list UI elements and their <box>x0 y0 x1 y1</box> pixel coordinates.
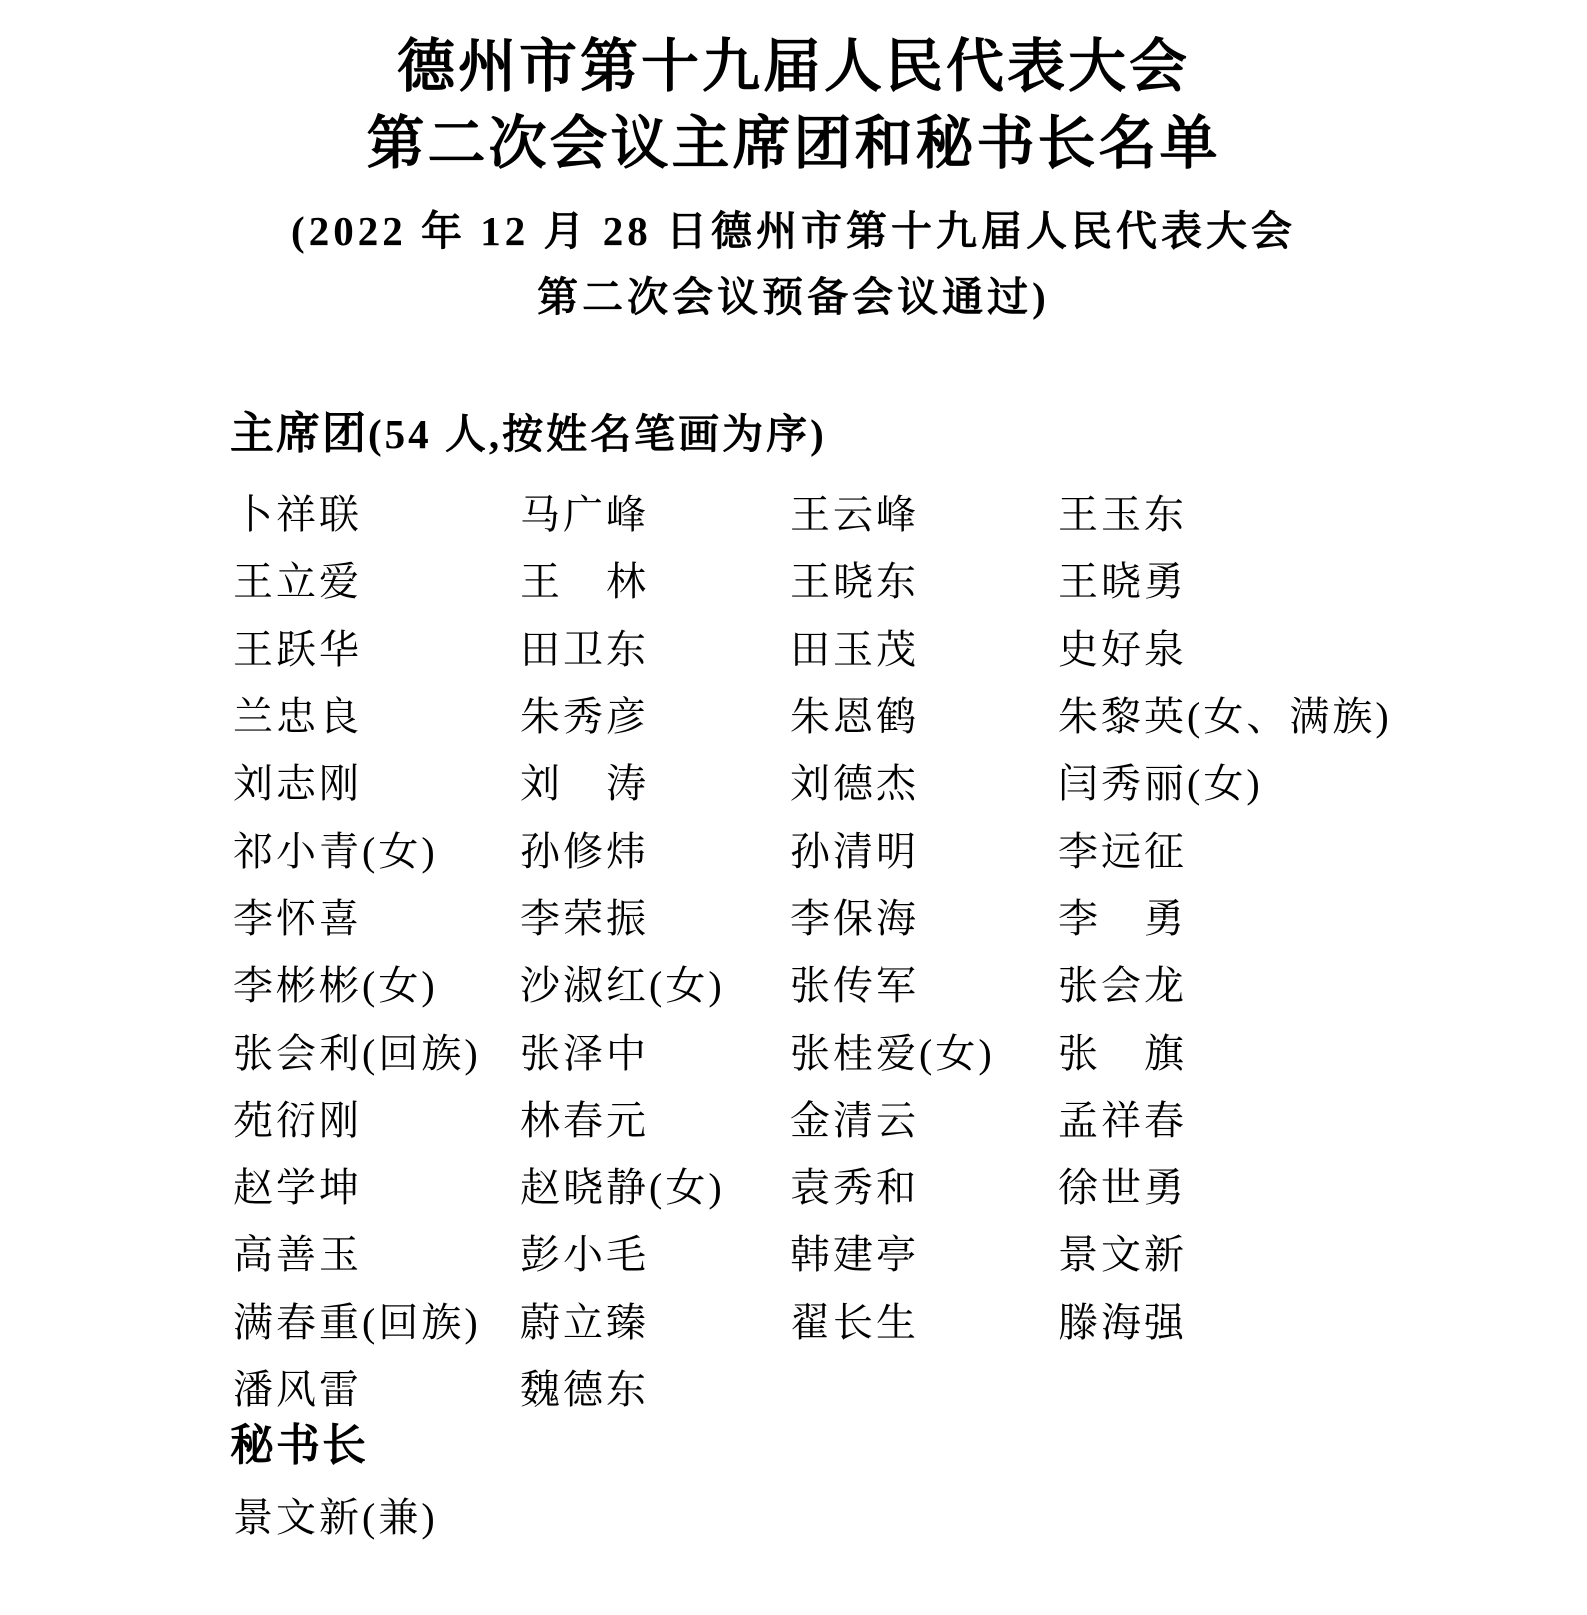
presidium-name: 高善玉 <box>233 1223 520 1280</box>
presidium-name: 苑衍刚 <box>233 1089 520 1146</box>
document-title-line1: 德州市第十九届人民代表大会 <box>0 28 1587 105</box>
presidium-name: 韩建亭 <box>790 1223 1058 1280</box>
table-row: 王立爱 王 林 王晓东 王晓勇 <box>233 545 1393 612</box>
presidium-name: 闫秀丽(女) <box>1058 752 1393 809</box>
presidium-name: 李 勇 <box>1058 887 1393 944</box>
table-row: 王跃华 田卫东 田玉茂 史好泉 <box>233 613 1393 680</box>
table-row: 潘风雷 魏德东 <box>233 1353 1393 1420</box>
presidium-section-heading: 主席团(54 人,按姓名笔画为序) <box>230 408 827 460</box>
presidium-name: 沙淑红(女) <box>520 954 790 1011</box>
presidium-name: 孟祥春 <box>1058 1089 1393 1146</box>
presidium-name: 王云峰 <box>790 483 1058 540</box>
presidium-name: 潘风雷 <box>233 1358 520 1415</box>
presidium-name: 赵学坤 <box>233 1156 520 1213</box>
table-row: 李怀喜 李荣振 李保海 李 勇 <box>233 882 1393 949</box>
presidium-name: 朱黎英(女、满族) <box>1058 685 1393 742</box>
table-row: 李彬彬(女) 沙淑红(女) 张传军 张会龙 <box>233 949 1393 1016</box>
table-row: 兰忠良 朱秀彦 朱恩鹤 朱黎英(女、满族) <box>233 680 1393 747</box>
presidium-name: 蔚立臻 <box>520 1291 790 1348</box>
table-row: 张会利(回族) 张泽中 张桂爱(女) 张 旗 <box>233 1016 1393 1083</box>
table-row: 苑衍刚 林春元 金清云 孟祥春 <box>233 1084 1393 1151</box>
presidium-name: 田卫东 <box>520 618 790 675</box>
presidium-name: 李怀喜 <box>233 887 520 944</box>
presidium-name: 朱秀彦 <box>520 685 790 742</box>
presidium-name: 马广峰 <box>520 483 790 540</box>
presidium-name: 景文新 <box>1058 1223 1393 1280</box>
presidium-name: 魏德东 <box>520 1358 790 1415</box>
presidium-name: 金清云 <box>790 1089 1058 1146</box>
presidium-heading-label: 主席团 <box>230 409 368 458</box>
document-subtitle-line1: (2022 年 12 月 28 日德州市第十九届人民代表大会 <box>0 198 1587 264</box>
document-title-line2: 第二次会议主席团和秘书长名单 <box>0 105 1587 182</box>
presidium-name: 王 林 <box>520 550 790 607</box>
presidium-name: 赵晓静(女) <box>520 1156 790 1213</box>
table-row: 高善玉 彭小毛 韩建亭 景文新 <box>233 1218 1393 1285</box>
presidium-name: 孙修炜 <box>520 820 790 877</box>
presidium-name: 满春重(回族) <box>233 1291 520 1348</box>
presidium-name: 张会利(回族) <box>233 1022 520 1079</box>
presidium-name: 刘志刚 <box>233 752 520 809</box>
presidium-name: 张传军 <box>790 954 1058 1011</box>
table-row: 卜祥联 马广峰 王云峰 王玉东 <box>233 478 1393 545</box>
presidium-name: 翟长生 <box>790 1291 1058 1348</box>
presidium-name: 王跃华 <box>233 618 520 675</box>
presidium-name: 王立爱 <box>233 550 520 607</box>
table-row: 赵学坤 赵晓静(女) 袁秀和 徐世勇 <box>233 1151 1393 1218</box>
presidium-name: 李荣振 <box>520 887 790 944</box>
presidium-name: 朱恩鹤 <box>790 685 1058 742</box>
presidium-name: 王晓东 <box>790 550 1058 607</box>
secretary-section-heading: 秘书长 <box>230 1420 368 1472</box>
table-row: 满春重(回族) 蔚立臻 翟长生 滕海强 <box>233 1286 1393 1353</box>
document-page: 德州市第十九届人民代表大会 第二次会议主席团和秘书长名单 (2022 年 12 … <box>0 0 1587 1615</box>
presidium-name: 李彬彬(女) <box>233 954 520 1011</box>
presidium-name: 祁小青(女) <box>233 820 520 877</box>
presidium-name: 刘 涛 <box>520 752 790 809</box>
presidium-name: 史好泉 <box>1058 618 1393 675</box>
presidium-heading-note: (54 人,按姓名笔画为序) <box>368 411 827 457</box>
presidium-name: 李远征 <box>1058 820 1393 877</box>
presidium-name: 王晓勇 <box>1058 550 1393 607</box>
table-row: 刘志刚 刘 涛 刘德杰 闫秀丽(女) <box>233 747 1393 814</box>
presidium-name: 卜祥联 <box>233 483 520 540</box>
document-header: 德州市第十九届人民代表大会 第二次会议主席团和秘书长名单 (2022 年 12 … <box>0 28 1587 330</box>
document-subtitle-line2: 第二次会议预备会议通过) <box>0 264 1587 330</box>
presidium-name: 袁秀和 <box>790 1156 1058 1213</box>
table-row: 祁小青(女) 孙修炜 孙清明 李远征 <box>233 814 1393 881</box>
presidium-name: 张桂爱(女) <box>790 1022 1058 1079</box>
presidium-name: 兰忠良 <box>233 685 520 742</box>
presidium-name: 李保海 <box>790 887 1058 944</box>
presidium-name: 彭小毛 <box>520 1223 790 1280</box>
presidium-name-list: 卜祥联 马广峰 王云峰 王玉东 王立爱 王 林 王晓东 王晓勇 王跃华 田卫东 … <box>233 478 1393 1420</box>
secretary-name: 景文新(兼) <box>233 1492 438 1544</box>
presidium-name: 徐世勇 <box>1058 1156 1393 1213</box>
presidium-name: 田玉茂 <box>790 618 1058 675</box>
presidium-name: 张 旗 <box>1058 1022 1393 1079</box>
presidium-name: 王玉东 <box>1058 483 1393 540</box>
presidium-name: 林春元 <box>520 1089 790 1146</box>
presidium-name: 张会龙 <box>1058 954 1393 1011</box>
presidium-name: 张泽中 <box>520 1022 790 1079</box>
presidium-name: 滕海强 <box>1058 1291 1393 1348</box>
presidium-name: 刘德杰 <box>790 752 1058 809</box>
presidium-name: 孙清明 <box>790 820 1058 877</box>
